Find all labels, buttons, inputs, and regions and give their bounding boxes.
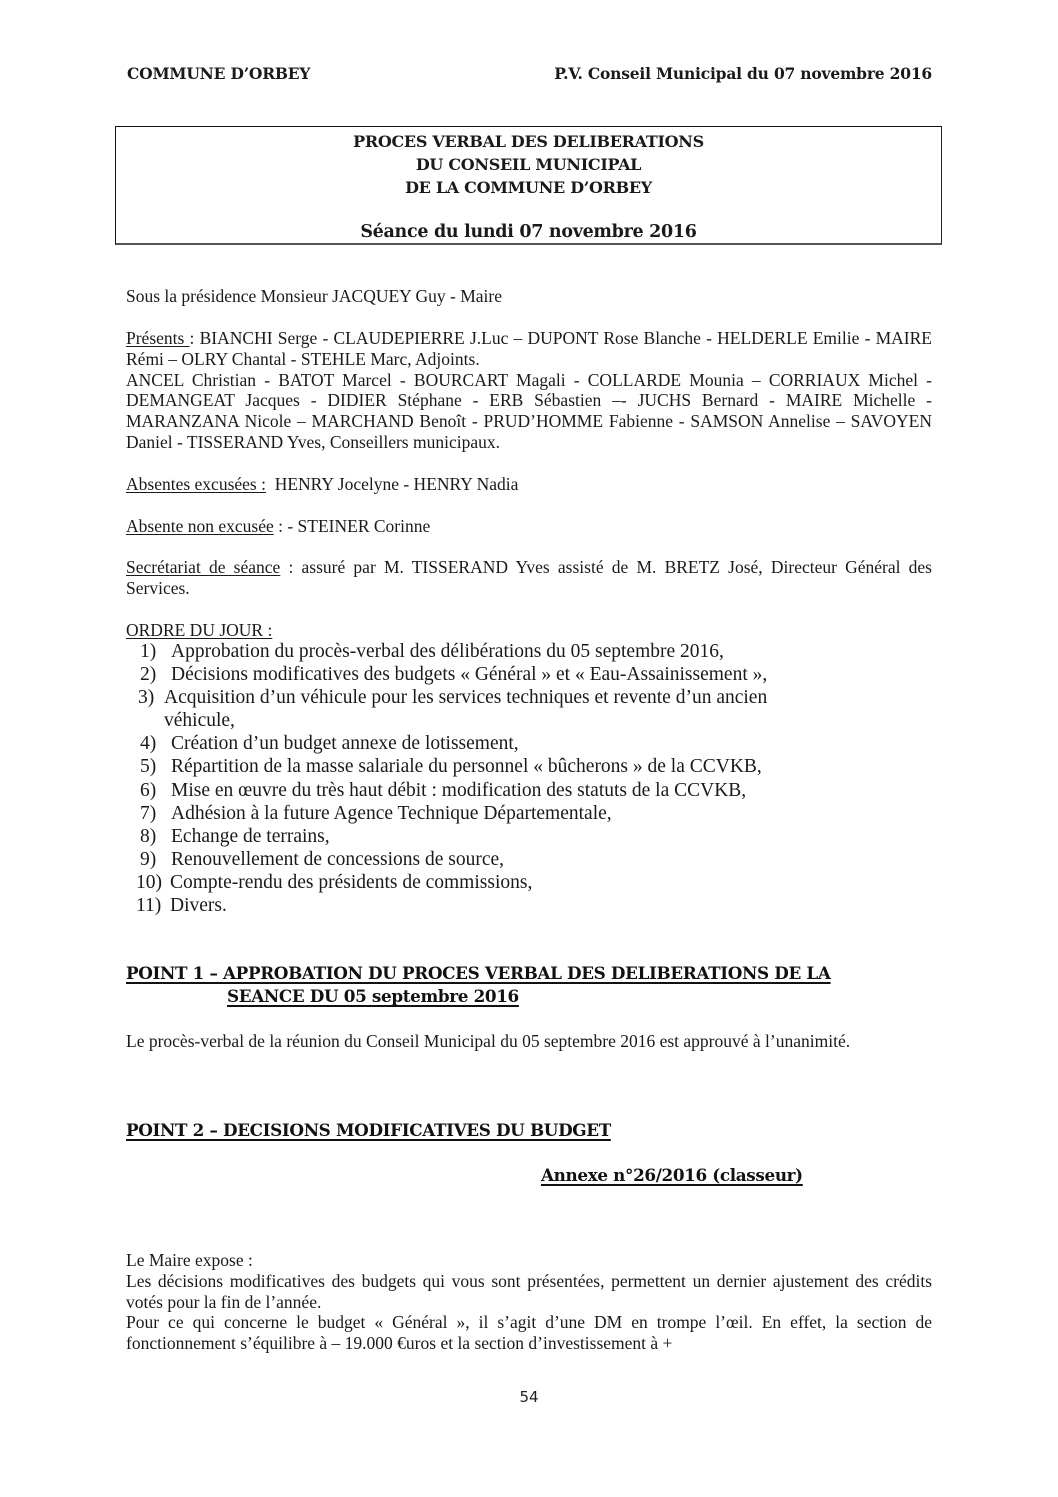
agenda-item-number: 5) [140,755,156,778]
agenda-item: 6)Mise en œuvre du très haut débit : mod… [126,779,932,802]
agenda-item: 7)Adhésion à la future Agence Technique … [126,802,932,825]
agenda-item-number: 9) [140,848,156,871]
presents-label: Présents [126,328,190,348]
point1-heading-line2: SEANCE DU 05 septembre 2016 [126,985,831,1008]
absente-non-excusee-value: : - STEINER Corinne [274,516,431,536]
agenda-item-text: Echange de terrains, [171,826,330,847]
point2-paragraph2: Pour ce qui concerne le budget « Général… [126,1312,932,1353]
agenda-item: 1)Approbation du procès-verbal des délib… [126,640,932,663]
agenda-item: 3)Acquisition d’un véhicule pour les ser… [126,686,932,732]
agenda-item-text: Acquisition d’un véhicule pour les servi… [164,687,767,708]
document-page: COMMUNE D’ORBEY P.V. Conseil Municipal d… [0,0,1058,1497]
agenda-item-number: 11) [136,894,161,917]
agenda-item-continuation: véhicule, [164,709,932,732]
agenda-item-text: Adhésion à la future Agence Technique Dé… [171,803,612,824]
agenda-item: 4)Création d’un budget annexe de lotisse… [126,732,932,755]
agenda-item-number: 10) [136,871,162,894]
presents-section: Présents : BIANCHI Serge - CLAUDEPIERRE … [126,328,932,453]
title-line-2: DU CONSEIL MUNICIPAL [116,153,941,176]
agenda-list: 1)Approbation du procès-verbal des délib… [126,640,932,917]
header-pv-title: P.V. Conseil Municipal du 07 novembre 20… [554,64,932,83]
absentes-excusees-label: Absentes excusées : [126,474,266,494]
agenda-item-number: 8) [140,825,156,848]
agenda-item: 10)Compte-rendu des présidents de commis… [126,871,932,894]
agenda-item-number: 3) [138,686,154,709]
point2-paragraph1: Les décisions modificatives des budgets … [126,1271,932,1312]
agenda-item-text: Compte-rendu des présidents de commissio… [170,872,532,893]
absentes-excusees-value: HENRY Jocelyne - HENRY Nadia [266,474,518,494]
agenda-item-number: 6) [140,779,156,802]
secretariat-label: Secrétariat de séance [126,557,280,577]
ordre-du-jour-title: ORDRE DU JOUR : [126,620,272,640]
title-line-1: PROCES VERBAL DES DELIBERATIONS [116,130,941,153]
presents-conseillers: ANCEL Christian - BATOT Marcel - BOURCAR… [126,370,932,452]
point2-annexe-reference: Annexe n°26/2016 (classeur) [541,1165,803,1185]
agenda-item-number: 4) [140,732,156,755]
title-line-3: DE LA COMMUNE D’ORBEY [116,176,941,199]
absente-non-excusee-label: Absente non excusée [126,516,274,536]
agenda-item-text: Approbation du procès-verbal des délibér… [171,641,724,662]
agenda-item: 8)Echange de terrains, [126,825,932,848]
agenda-item-text: Divers. [170,895,227,916]
agenda-item-text: Création d’un budget annexe de lotisseme… [171,733,519,754]
point1-heading-line1: POINT 1 – APPROBATION DU PROCES VERBAL D… [126,963,831,983]
agenda-item-text: Répartition de la masse salariale du per… [171,756,762,777]
seance-date: Séance du lundi 07 novembre 2016 [116,220,941,244]
agenda-item-number: 2) [140,663,156,686]
point2-body: Le Maire expose : Les décisions modifica… [126,1250,932,1354]
agenda-item-text: Décisions modificatives des budgets « Gé… [171,664,767,685]
agenda-item: 11)Divers. [126,894,932,917]
absente-non-excusee: Absente non excusée : - STEINER Corinne [126,516,932,537]
secretariat: Secrétariat de séance : assuré par M. TI… [126,557,932,599]
absentes-excusees: Absentes excusées : HENRY Jocelyne - HEN… [126,474,932,495]
ordre-du-jour-label: ORDRE DU JOUR : [126,620,932,641]
point1-body: Le procès-verbal de la réunion du Consei… [126,1031,932,1052]
agenda-item-number: 1) [140,640,156,663]
page-number: 54 [0,1388,1058,1406]
agenda-item: 5)Répartition de la masse salariale du p… [126,755,932,778]
presents-adjoints: BIANCHI Serge - CLAUDEPIERRE J.Luc – DUP… [126,328,932,369]
agenda-item-text: Renouvellement de concessions de source, [171,849,504,870]
point2-heading: POINT 2 – DECISIONS MODIFICATIVES DU BUD… [126,1119,611,1142]
title-box: PROCES VERBAL DES DELIBERATIONS DU CONSE… [115,126,942,245]
running-header: COMMUNE D’ORBEY P.V. Conseil Municipal d… [127,64,932,83]
presidence: Sous la présidence Monsieur JACQUEY Guy … [126,286,932,307]
agenda-item-number: 7) [140,802,156,825]
presents-separator: : [190,328,200,348]
agenda-item: 2)Décisions modificatives des budgets « … [126,663,932,686]
header-commune: COMMUNE D’ORBEY [127,64,310,83]
agenda-item-text: Mise en œuvre du très haut débit : modif… [171,780,746,801]
point1-heading: POINT 1 – APPROBATION DU PROCES VERBAL D… [126,962,831,1008]
agenda-item: 9)Renouvellement de concessions de sourc… [126,848,932,871]
point2-intro: Le Maire expose : [126,1250,253,1270]
